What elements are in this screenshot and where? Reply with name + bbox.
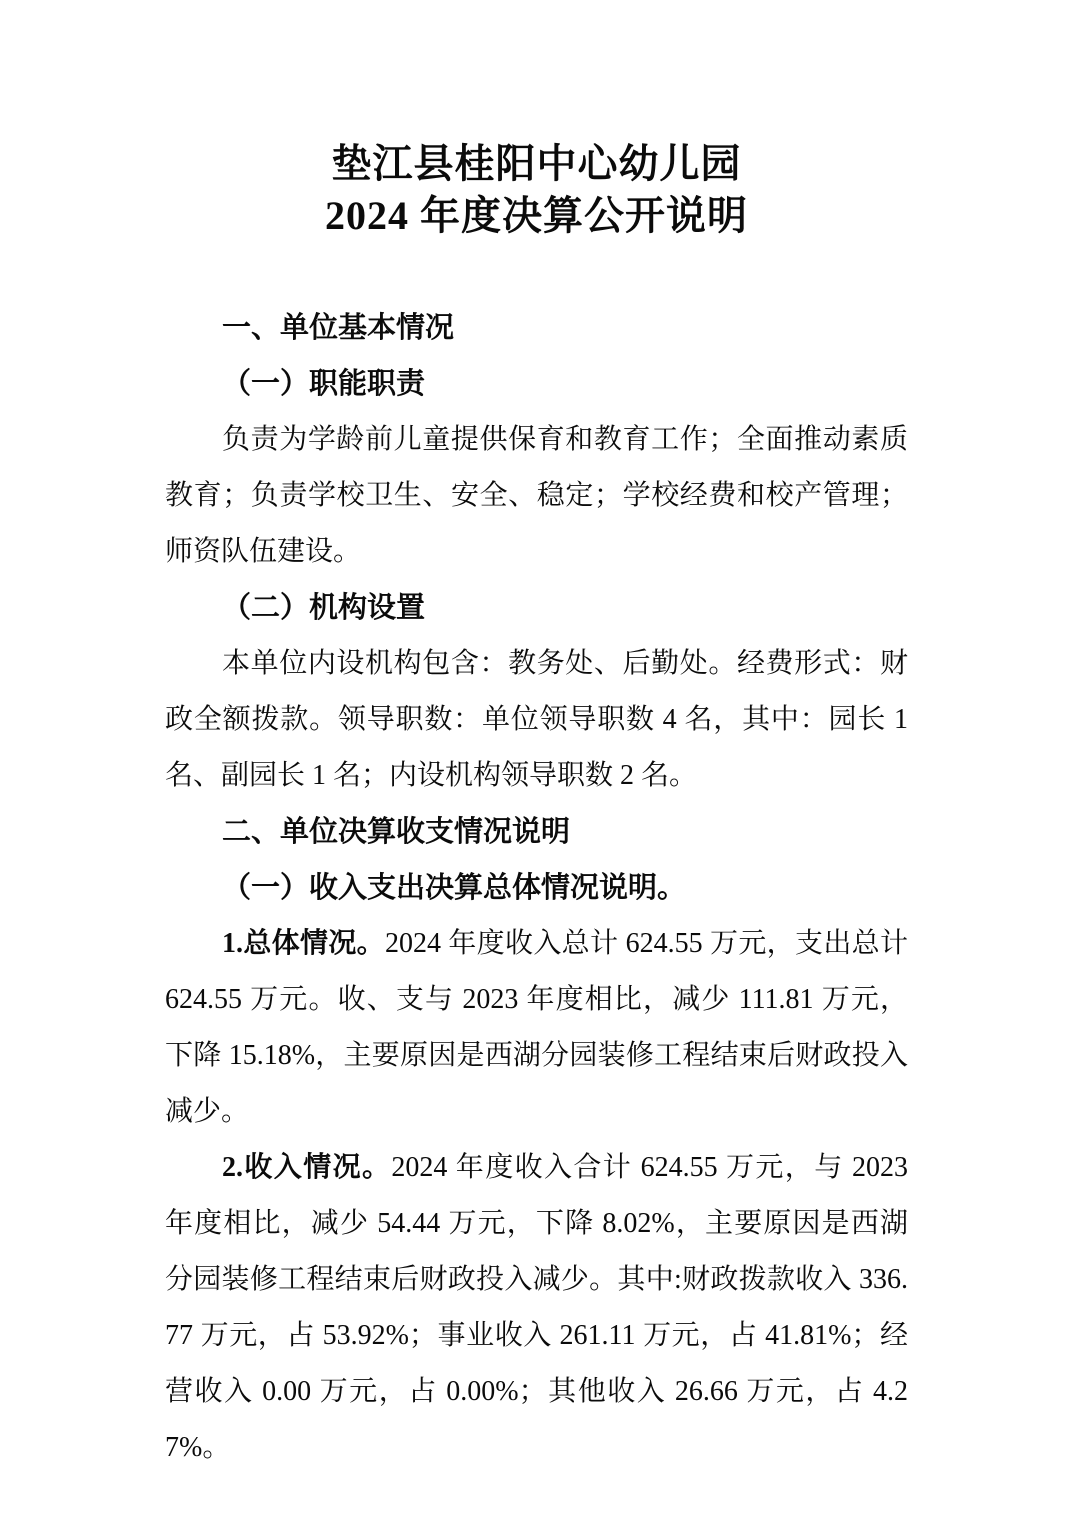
income-situation-lead: 2.收入情况。 bbox=[222, 1152, 391, 1183]
document-title: 垫江县桂阳中心幼儿园 2024 年度决算公开说明 bbox=[165, 138, 908, 242]
general-situation-paragraph: 1.总体情况。2024 年度收入总计 624.55 万元，支出总计 624.55… bbox=[165, 916, 908, 1140]
general-situation-lead: 1.总体情况。 bbox=[222, 928, 385, 959]
organization-paragraph: 本单位内设机构包含：教务处、后勤处。经费形式：财政全额拨款。领导职数：单位领导职… bbox=[165, 636, 908, 804]
income-situation-paragraph: 2.收入情况。2024 年度收入合计 624.55 万元，与 2023 年度相比… bbox=[165, 1140, 908, 1476]
section-basic-info-heading: 一、单位基本情况 bbox=[165, 300, 908, 356]
subsection-duties-heading: （一）职能职责 bbox=[165, 356, 908, 412]
subsection-overview-heading: （一）收入支出决算总体情况说明。 bbox=[165, 860, 908, 916]
duties-paragraph: 负责为学龄前儿童提供保育和教育工作；全面推动素质教育；负责学校卫生、安全、稳定；… bbox=[165, 412, 908, 580]
title-line-1: 垫江县桂阳中心幼儿园 bbox=[165, 138, 908, 190]
section-final-accounts-heading: 二、单位决算收支情况说明 bbox=[165, 804, 908, 860]
subsection-organization-heading: （二）机构设置 bbox=[165, 580, 908, 636]
document-page: 垫江县桂阳中心幼儿园 2024 年度决算公开说明 一、单位基本情况 （一）职能职… bbox=[0, 0, 1075, 1520]
title-line-2: 2024 年度决算公开说明 bbox=[165, 190, 908, 242]
income-situation-text: 2024 年度收入合计 624.55 万元，与 2023 年度相比，减少 54.… bbox=[165, 1152, 908, 1463]
